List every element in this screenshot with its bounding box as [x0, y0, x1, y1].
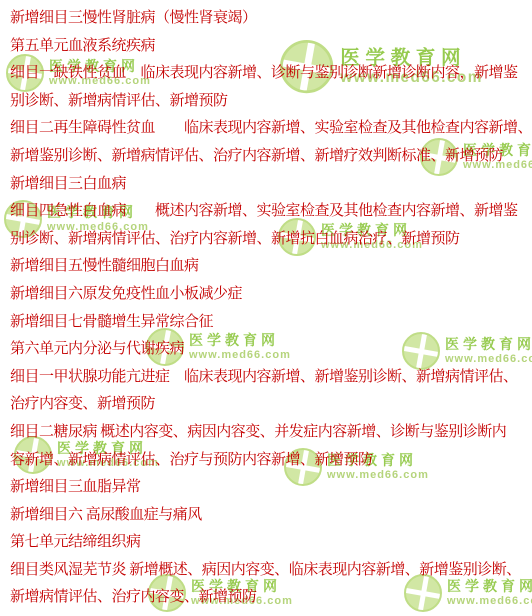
- text-line: 细目二再生障碍性贫血 临床表现内容新增、实验室检查及其他检查内容新增、: [10, 115, 532, 143]
- text-line: 新增鉴别诊断、新增病情评估、治疗内容新增、新增疗效判断标准、新增预防: [10, 143, 532, 171]
- text-line: 第七单元结缔组织病: [10, 529, 532, 557]
- text-line: 治疗内容变、新增预防: [10, 391, 532, 419]
- text-line: 别诊断、新增病情评估、新增预防: [10, 88, 532, 116]
- page: 新增细目三慢性肾脏病（慢性肾衰竭）第五单元血液系统疾病细目一缺铁性贫血 临床表现…: [0, 0, 532, 616]
- article-text-block: 新增细目三慢性肾脏病（慢性肾衰竭）第五单元血液系统疾病细目一缺铁性贫血 临床表现…: [10, 5, 532, 612]
- text-line: 新增细目七骨髓增生异常综合征: [10, 309, 532, 337]
- text-line: 第六单元内分泌与代谢疾病: [10, 336, 532, 364]
- text-line: 细目类风湿芜节炎 新增概述、病因内容变、临床表现内容新增、新增鉴别诊断、: [10, 557, 532, 585]
- text-line: 新增细目六原发免疫性血小板减少症: [10, 281, 532, 309]
- text-line: 新增细目三慢性肾脏病（慢性肾衰竭）: [10, 5, 532, 33]
- text-line: 容新增、新增病情评估、治疗与预防内容新增、新增预防: [10, 447, 532, 475]
- text-line: 新增细目三白血病: [10, 171, 532, 199]
- text-line: 细目四急性白血病 概述内容新增、实验室检查及其他检查内容新增、新增鉴: [10, 198, 532, 226]
- text-line: 新增病情评估、治疗内容变、新增预防: [10, 584, 532, 612]
- text-line: 新增细目六 高尿酸血症与痛风: [10, 502, 532, 530]
- text-line: 细目一缺铁性贫血 临床表现内容新增、诊断与鉴别诊断新增诊断内容，新增鉴: [10, 60, 532, 88]
- text-line: 别诊断、新增病情评估、治疗内容新增、新增抗白血病治疗、新增预防: [10, 226, 532, 254]
- text-line: 新增细目五慢性髓细胞白血病: [10, 253, 532, 281]
- text-line: 新增细目三血脂异常: [10, 474, 532, 502]
- text-line: 第五单元血液系统疾病: [10, 33, 532, 61]
- text-line: 细目二糖尿病 概述内容变、病因内容变、并发症内容新增、诊断与鉴别诊断内: [10, 419, 532, 447]
- text-line: 细目一甲状腺功能亢进症 临床表现内容新增、新增鉴别诊断、新增病情评估、: [10, 364, 532, 392]
